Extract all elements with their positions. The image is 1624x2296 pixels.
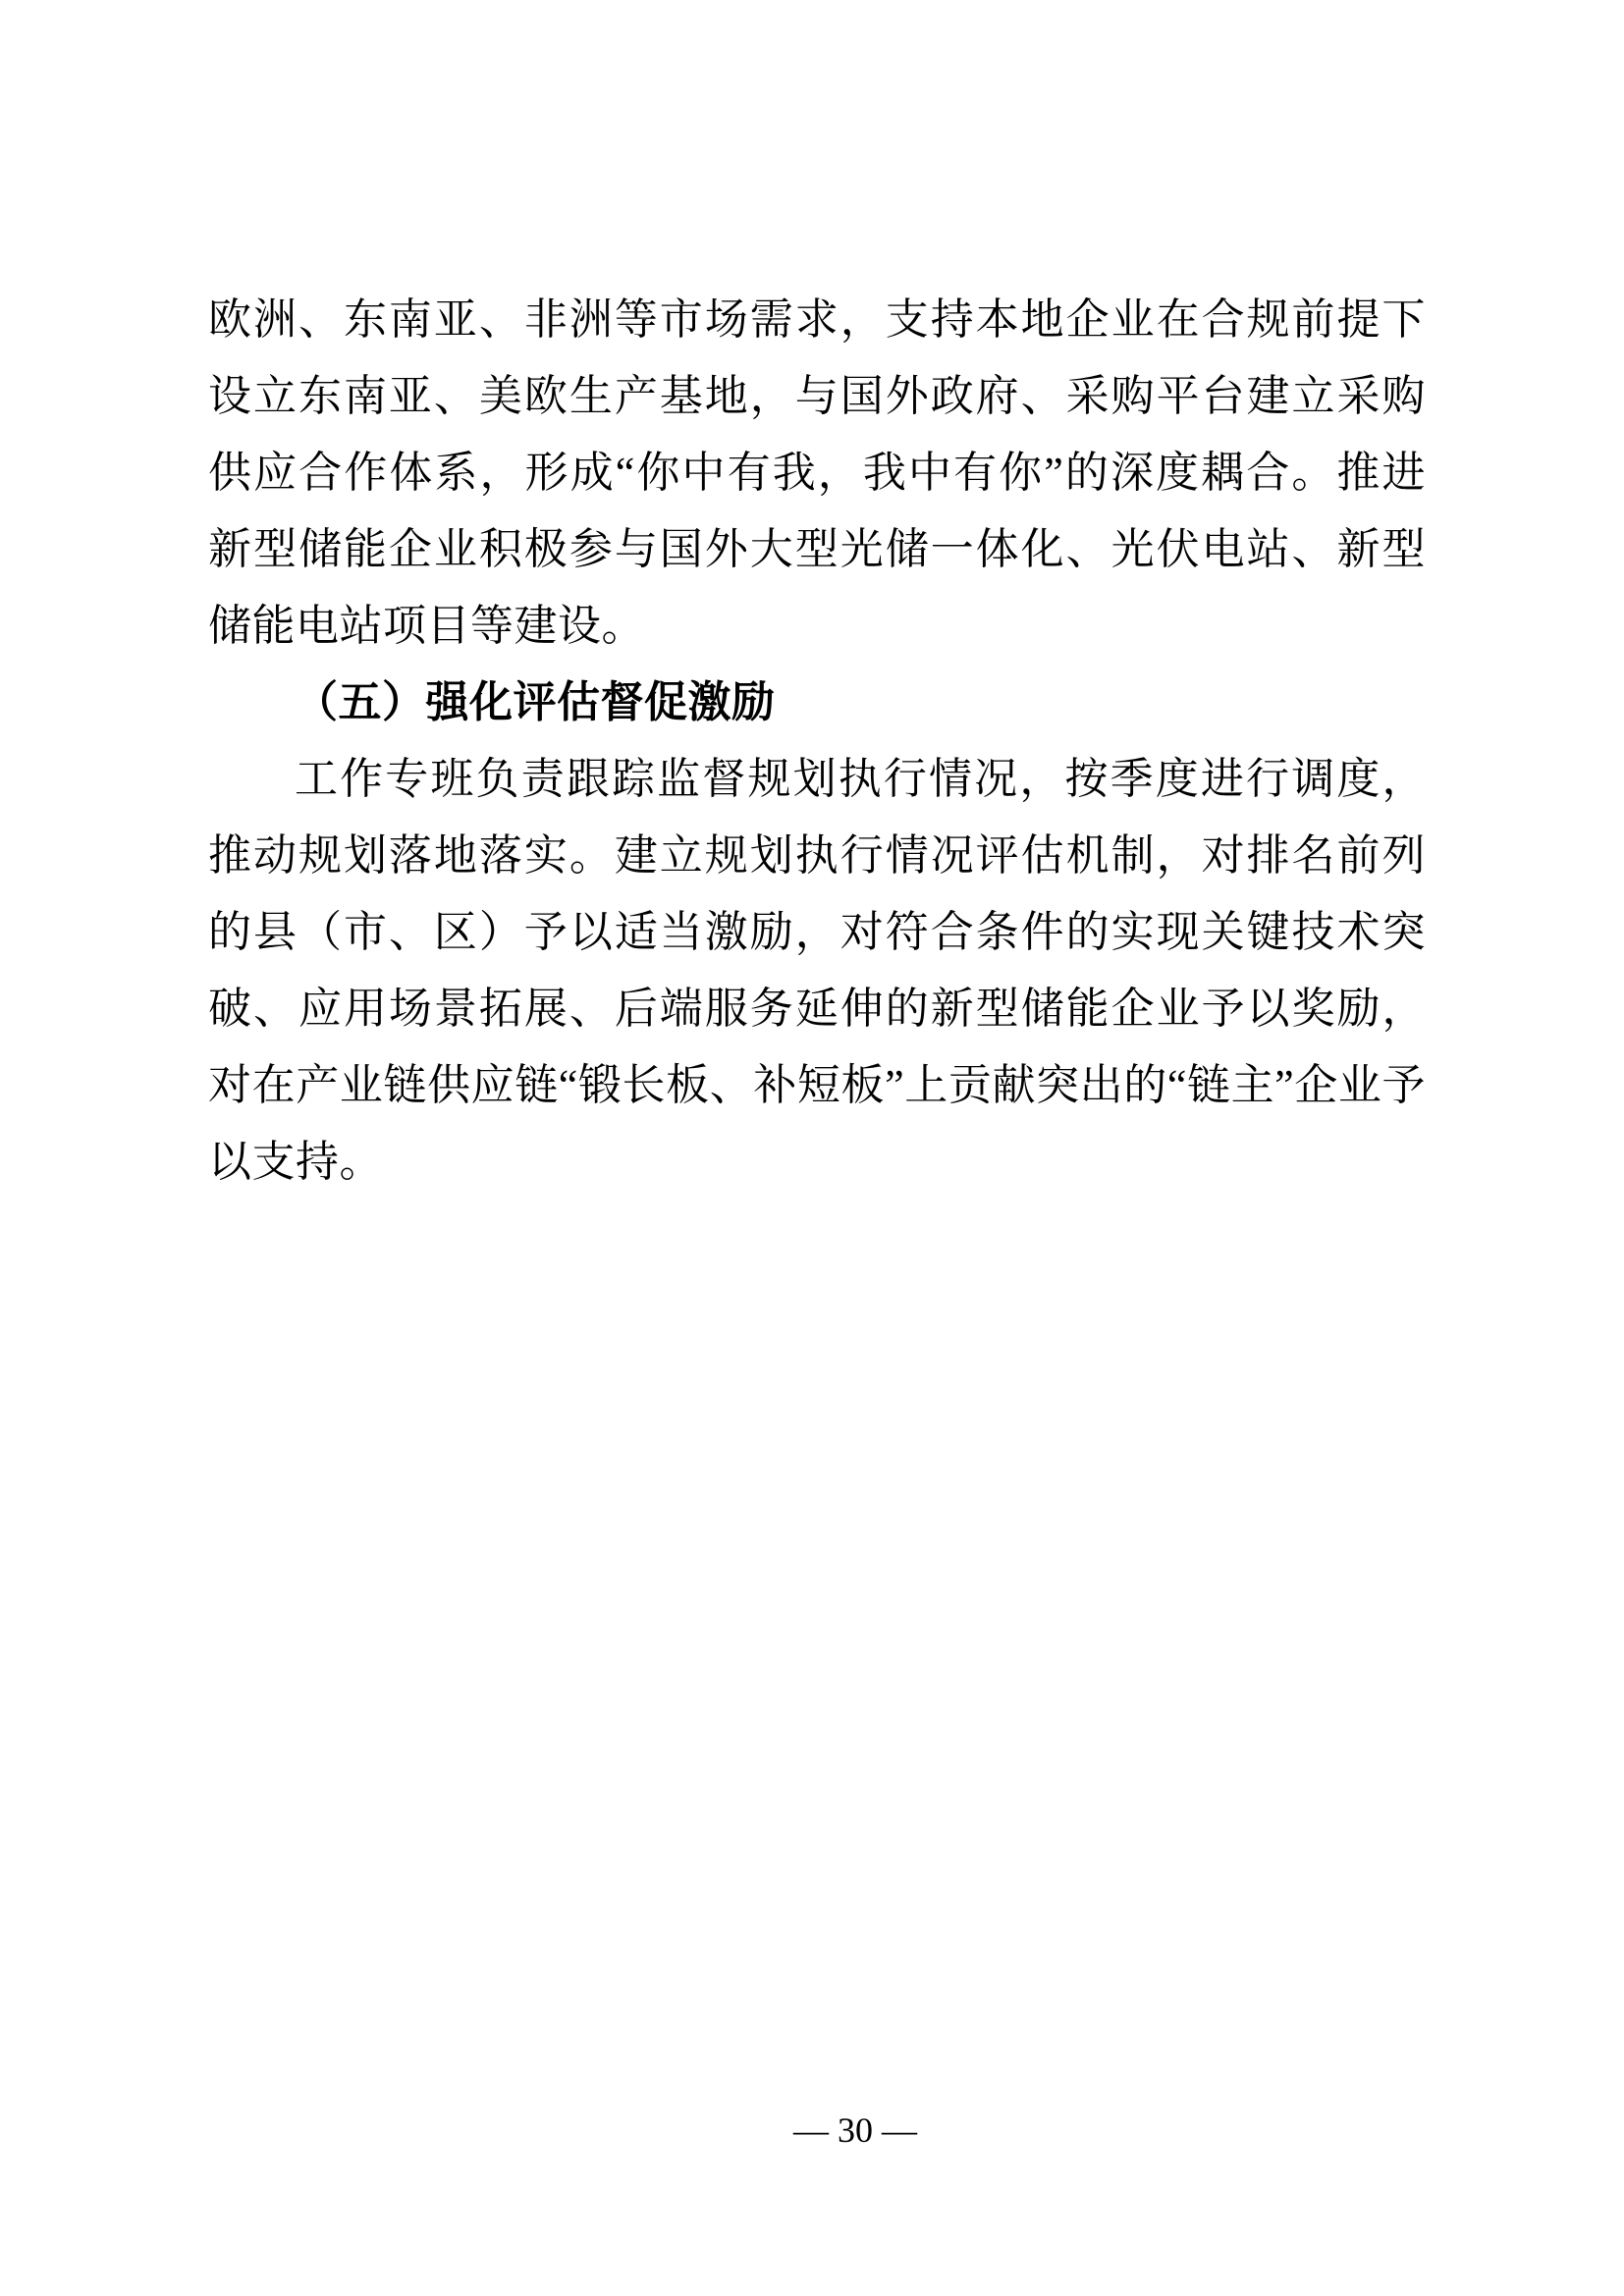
paragraph-continued: 欧洲、东南亚、非洲等市场需求，支持本地企业在合规前提下设立东南亚、美欧生产基地，… bbox=[208, 282, 1426, 665]
paragraph-body: 工作专班负责跟踪监督规划执行情况，按季度进行调度，推动规划落地落实。建立规划执行… bbox=[208, 741, 1426, 1201]
document-page: 欧洲、东南亚、非洲等市场需求，支持本地企业在合规前提下设立东南亚、美欧生产基地，… bbox=[0, 0, 1624, 2296]
page-number: — 30 — bbox=[791, 2109, 919, 2152]
section-heading: （五）强化评估督促激励 bbox=[208, 665, 1426, 741]
body-text-block: 欧洲、东南亚、非洲等市场需求，支持本地企业在合规前提下设立东南亚、美欧生产基地，… bbox=[208, 282, 1426, 1201]
